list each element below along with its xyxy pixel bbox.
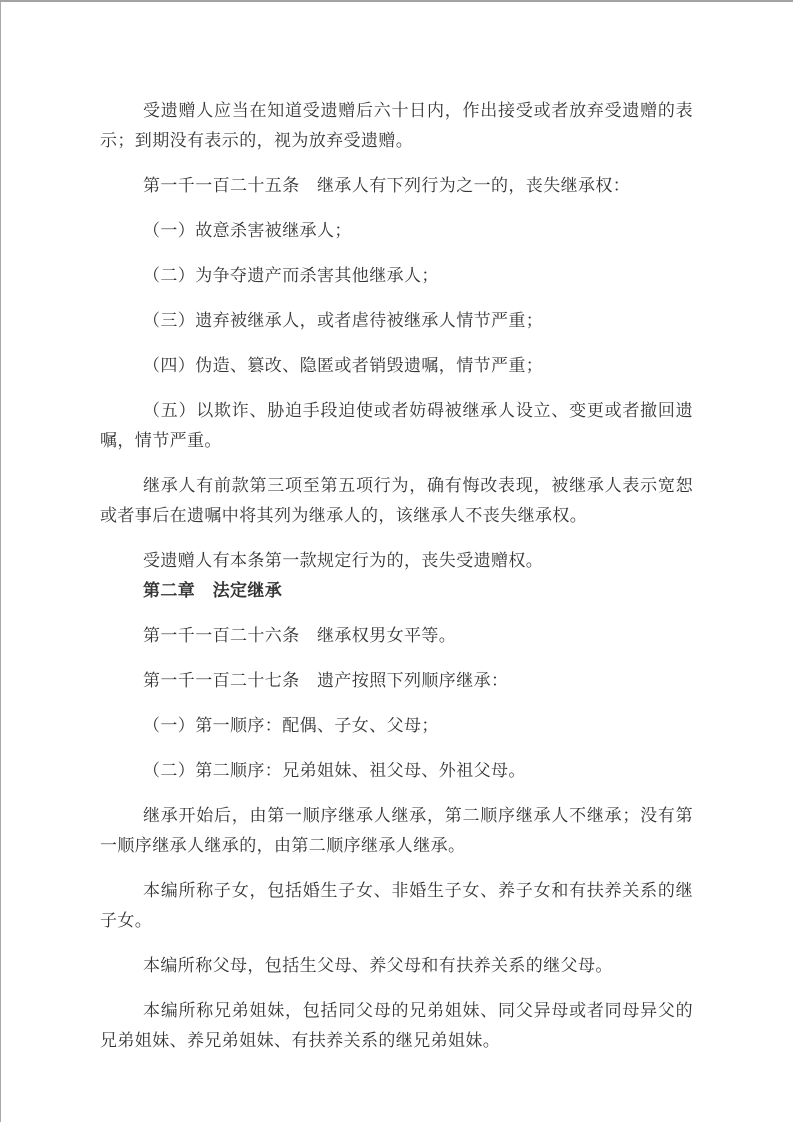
- paragraph: 第一千一百二十七条 遗产按照下列顺序继承：: [100, 666, 693, 696]
- paragraph: 继承人有前款第三项至第五项行为，确有悔改表现，被继承人表示宽恕或者事后在遗嘱中将…: [100, 471, 693, 531]
- paragraph: （一）第一顺序：配偶、子女、父母；: [100, 711, 693, 741]
- paragraph: 本编所称兄弟姐妹，包括同父母的兄弟姐妹、同父异母或者同母异父的兄弟姐妹、养兄弟姐…: [100, 996, 693, 1056]
- document-page: 受遗赠人应当在知道受遗赠后六十日内，作出接受或者放弃受遗赠的表示；到期没有表示的…: [0, 0, 793, 1122]
- paragraph: 第一千一百二十五条 继承人有下列行为之一的，丧失继承权：: [100, 171, 693, 201]
- paragraph: （二）为争夺遗产而杀害其他继承人；: [100, 261, 693, 291]
- paragraph: （五）以欺诈、胁迫手段迫使或者妨碍被继承人设立、变更或者撤回遗嘱，情节严重。: [100, 396, 693, 456]
- paragraph: （四）伪造、篡改、隐匿或者销毁遗嘱，情节严重；: [100, 351, 693, 381]
- paragraph: （三）遗弃被继承人，或者虐待被继承人情节严重；: [100, 306, 693, 336]
- paragraph: （二）第二顺序：兄弟姐妹、祖父母、外祖父母。: [100, 756, 693, 786]
- paragraph: 本编所称父母，包括生父母、养父母和有扶养关系的继父母。: [100, 951, 693, 981]
- paragraph: 继承开始后，由第一顺序继承人继承，第二顺序继承人不继承；没有第一顺序继承人继承的…: [100, 801, 693, 861]
- paragraph: 受遗赠人有本条第一款规定行为的，丧失受遗赠权。: [100, 546, 693, 576]
- paragraph: 受遗赠人应当在知道受遗赠后六十日内，作出接受或者放弃受遗赠的表示；到期没有表示的…: [100, 96, 693, 156]
- paragraph: 本编所称子女，包括婚生子女、非婚生子女、养子女和有扶养关系的继子女。: [100, 876, 693, 936]
- paragraph: 第一千一百二十六条 继承权男女平等。: [100, 621, 693, 651]
- document-body: 受遗赠人应当在知道受遗赠后六十日内，作出接受或者放弃受遗赠的表示；到期没有表示的…: [100, 96, 693, 1056]
- paragraph: （一）故意杀害被继承人；: [100, 216, 693, 246]
- chapter-heading: 第二章 法定继承: [100, 576, 693, 606]
